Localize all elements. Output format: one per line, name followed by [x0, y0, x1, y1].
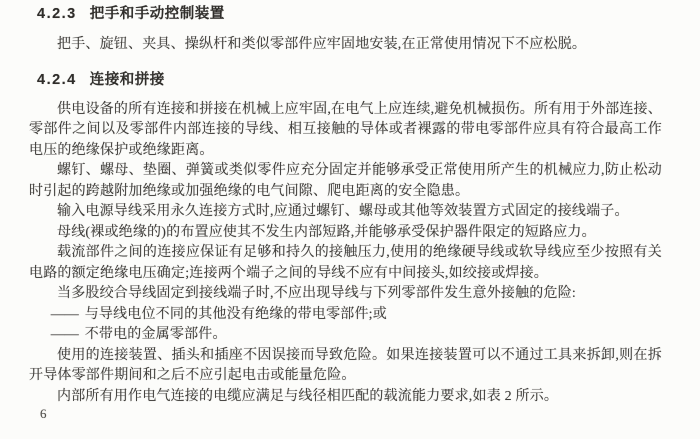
paragraph: 供电设备的所有连接和拼接在机械上应牢固,在电气上应连续,避免机械损伤。所有用于外…	[29, 100, 662, 162]
paragraph: 母线(裸或绝缘的)的布置应使其不发生内部短路,并能够承受保护器件限定的短路应力。	[29, 223, 662, 244]
paragraph: 使用的连接装置、插头和插座不因误接而导致危险。如果连接装置可以不通过工具来拆卸,…	[29, 346, 662, 387]
section-title: 把手和手动控制装置	[90, 6, 225, 22]
list-item: ——与导线电位不同的其他没有绝缘的带电零部件;或	[29, 305, 662, 326]
section-heading-4-2-4: 4.2.4连接和拼接	[37, 72, 662, 88]
dash-mark: ——	[51, 327, 79, 342]
section-title: 连接和拼接	[90, 72, 165, 88]
paragraph: 输入电源导线采用永久连接方式时,应通过螺钉、螺母或其他等效装置方式固定的接线端子…	[29, 202, 662, 223]
list-item-text: 与导线电位不同的其他没有绝缘的带电零部件;或	[85, 307, 387, 322]
paragraph: 当多股绞合导线固定到接线端子时,不应出现导线与下列零部件发生意外接触的危险:	[29, 284, 662, 305]
paragraph: 内部所有用作电气连接的电缆应满足与线径相匹配的载流能力要求,如表 2 所示。	[29, 387, 662, 408]
section-number: 4.2.4	[37, 72, 77, 88]
page-number: 6	[40, 406, 47, 422]
section-number: 4.2.3	[37, 6, 77, 22]
document-page: 4.2.3把手和手动控制装置 把手、旋钮、夹具、操纵杆和类似零部件应牢固地安装,…	[0, 0, 700, 439]
paragraph: 把手、旋钮、夹具、操纵杆和类似零部件应牢固地安装,在正常使用情况下不应松脱。	[29, 35, 662, 56]
paragraph: 螺钉、螺母、垫圈、弹簧或类似零件应充分固定并能够承受正常使用所产生的机械应力,防…	[29, 161, 662, 202]
section-heading-4-2-3: 4.2.3把手和手动控制装置	[37, 6, 662, 22]
paragraph: 载流部件之间的连接应保证有足够和持久的接触压力,使用的绝缘硬导线或软导线应至少按…	[29, 243, 662, 284]
list-item: ——不带电的金属零部件。	[29, 325, 662, 346]
dash-mark: ——	[51, 307, 79, 322]
list-item-text: 不带电的金属零部件。	[85, 327, 227, 342]
